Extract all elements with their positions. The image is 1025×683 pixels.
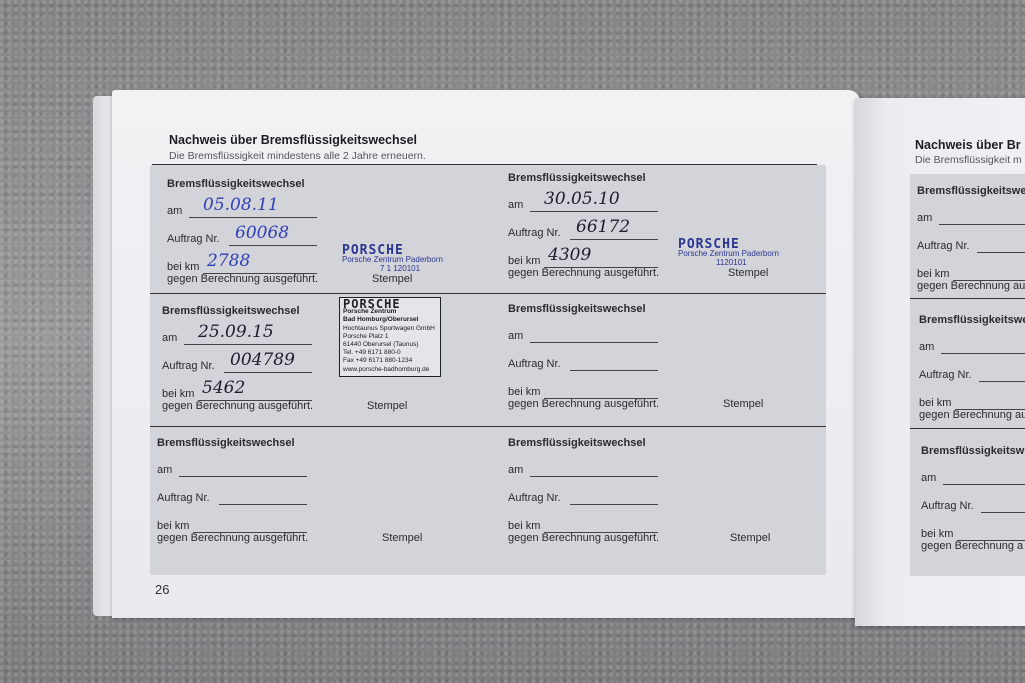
km-value: 4309 [548, 245, 591, 265]
km-field[interactable] [955, 409, 1025, 410]
footer-text: gegen Berechnung au [917, 280, 1025, 292]
stempel-label: Stempel [367, 400, 407, 412]
auftrag-label: Auftrag Nr. [508, 227, 561, 239]
stempel-label: Stempel [723, 398, 763, 410]
footer-text: gegen Berechnung ausgeführt. [162, 400, 313, 412]
auftrag-value: 60068 [235, 223, 289, 243]
service-entry: BremsflüssigkeitswechselamAuftrag Nr.bei… [162, 305, 482, 425]
stamp-line: Tel. +49 6171 880-0 [343, 349, 437, 357]
km-field[interactable] [953, 280, 1025, 281]
page-title: Nachweis über Bremsflüssigkeitswechsel [169, 133, 417, 147]
stamp-line: 1120101 [678, 258, 779, 267]
am-field[interactable] [530, 342, 658, 343]
am-label: am [162, 332, 177, 344]
am-field[interactable] [943, 484, 1025, 485]
divider [150, 426, 826, 427]
auftrag-field[interactable] [224, 372, 312, 373]
entry-heading: Bremsflüssigkeitswechsel [508, 172, 646, 184]
km-field[interactable] [544, 532, 658, 533]
km-field[interactable] [198, 400, 312, 401]
service-entry: BremsflüssigkeitsweamAuftrag Nr.bei kmge… [917, 185, 1025, 305]
stempel-label: Stempel [730, 532, 770, 544]
km-label: bei km [508, 386, 540, 398]
stamp-line: Fax +49 6171 880-1234 [343, 357, 437, 365]
footer-text: gegen Berechnung ausgeführt. [157, 532, 308, 544]
am-label: am [921, 472, 936, 484]
service-entry: BremsflüssigkeitswamAuftrag Nr.bei kmgeg… [921, 445, 1025, 565]
auftrag-label: Auftrag Nr. [919, 369, 972, 381]
km-label: bei km [167, 261, 199, 273]
page-number: 26 [155, 582, 169, 597]
am-label: am [508, 199, 523, 211]
entry-heading: Bremsflüssigkeitswechsel [157, 437, 295, 449]
auftrag-label: Auftrag Nr. [921, 500, 974, 512]
stempel-label: Stempel [382, 532, 422, 544]
service-entry: BremsflüssigkeitswechselamAuftrag Nr.bei… [508, 303, 828, 423]
auftrag-field[interactable] [977, 252, 1025, 253]
auftrag-field[interactable] [979, 381, 1025, 382]
porsche-logo: PORSCHE [342, 246, 443, 255]
auftrag-field[interactable] [570, 504, 658, 505]
km-label: bei km [917, 268, 949, 280]
am-label: am [508, 464, 523, 476]
page-subtitle: Die Bremsflüssigkeit m [915, 154, 1022, 166]
footer-text: gegen Berechnung ausgeführt. [508, 398, 659, 410]
km-field[interactable] [193, 532, 307, 533]
km-field[interactable] [544, 398, 658, 399]
stamp-line: Porsche Zentrum [343, 308, 437, 316]
auftrag-field[interactable] [570, 239, 658, 240]
stempel-label: Stempel [372, 273, 412, 285]
stamp-line: Porsche Zentrum Paderborn [678, 249, 779, 258]
km-label: bei km [919, 397, 951, 409]
stamp-line: Hochtaunus Sportwagen GmbH [343, 325, 437, 333]
entry-heading: Bremsflüssigkeitswechsel [508, 303, 646, 315]
auftrag-label: Auftrag Nr. [917, 240, 970, 252]
auftrag-field[interactable] [981, 512, 1025, 513]
am-field[interactable] [530, 476, 658, 477]
stamp-line: 61440 Oberursel (Taunus) [343, 341, 437, 349]
page-title: Nachweis über Br [915, 138, 1021, 152]
auftrag-label: Auftrag Nr. [157, 492, 210, 504]
left-page: Nachweis über Bremsflüssigkeitswechsel D… [112, 90, 860, 618]
am-label: am [917, 212, 932, 224]
am-label: am [919, 341, 934, 353]
am-field[interactable] [941, 353, 1025, 354]
km-field[interactable] [957, 540, 1025, 541]
am-label: am [157, 464, 172, 476]
dealer-stamp: PORSCHEPorsche ZentrumBad Homburg/Oberur… [339, 297, 441, 377]
km-field[interactable] [203, 273, 317, 274]
dealer-stamp: PORSCHEPorsche Zentrum Paderborn7 1 1201… [342, 246, 443, 273]
footer-text: gegen Berechnung a [921, 540, 1023, 552]
am-field[interactable] [189, 217, 317, 218]
auftrag-label: Auftrag Nr. [508, 358, 561, 370]
km-label: bei km [508, 520, 540, 532]
service-entry: BremsflüssigkeitswechselamAuftrag Nr.bei… [508, 437, 828, 557]
service-entry: BremsflüssigkeitsweamAuftrag Nr.bei kmge… [919, 314, 1025, 434]
service-entry: BremsflüssigkeitswechselamAuftrag Nr.bei… [508, 172, 828, 292]
km-label: bei km [157, 520, 189, 532]
stempel-label: Stempel [728, 267, 768, 279]
auftrag-label: Auftrag Nr. [167, 233, 220, 245]
auftrag-value: 004789 [230, 350, 295, 370]
auftrag-label: Auftrag Nr. [162, 360, 215, 372]
am-value: 05.08.11 [203, 195, 279, 215]
am-field[interactable] [530, 211, 658, 212]
page-subtitle: Die Bremsflüssigkeit mindestens alle 2 J… [169, 150, 426, 162]
km-value: 5462 [202, 378, 245, 398]
stamp-line: Porsche Platz 1 [343, 333, 437, 341]
entry-heading: Bremsflüssigkeitswechsel [508, 437, 646, 449]
stamp-line: Bad Homburg/Oberursel [343, 316, 437, 324]
stamp-line: www.porsche-badhomburg.de [343, 366, 437, 374]
porsche-logo: PORSCHE [343, 300, 437, 308]
am-value: 30.05.10 [544, 189, 620, 209]
entry-heading: Bremsflüssigkeitswechsel [167, 178, 305, 190]
footer-text: gegen Berechnung ausgeführt. [167, 273, 318, 285]
footer-text: gegen Berechnung ausgeführt. [508, 532, 659, 544]
entry-heading: Bremsflüssigkeitswe [919, 314, 1025, 326]
auftrag-label: Auftrag Nr. [508, 492, 561, 504]
right-page: Nachweis über Br Die Bremsflüssigkeit m … [855, 98, 1025, 626]
dealer-stamp: PORSCHEPorsche Zentrum Paderborn1120101 [678, 240, 779, 267]
am-field[interactable] [939, 224, 1025, 225]
footer-text: gegen Berechnung au [919, 409, 1025, 421]
entry-heading: Bremsflüssigkeitsw [921, 445, 1024, 457]
entry-heading: Bremsflüssigkeitswe [917, 185, 1025, 197]
km-label: bei km [508, 255, 540, 267]
service-entry: BremsflüssigkeitswechselamAuftrag Nr.bei… [157, 437, 477, 557]
porsche-logo: PORSCHE [678, 240, 779, 249]
stamp-line: 7 1 120101 [342, 264, 443, 273]
am-field[interactable] [179, 476, 307, 477]
am-label: am [508, 330, 523, 342]
auftrag-field[interactable] [229, 245, 317, 246]
auftrag-value: 66172 [576, 217, 630, 237]
auftrag-field[interactable] [219, 504, 307, 505]
am-field[interactable] [184, 344, 312, 345]
stamp-line: Porsche Zentrum Paderborn [342, 255, 443, 264]
entry-heading: Bremsflüssigkeitswechsel [162, 305, 300, 317]
km-label: bei km [921, 528, 953, 540]
am-label: am [167, 205, 182, 217]
km-value: 2788 [207, 251, 250, 271]
km-label: bei km [162, 388, 194, 400]
am-value: 25.09.15 [198, 322, 274, 342]
service-entry: BremsflüssigkeitswechselamAuftrag Nr.bei… [167, 178, 487, 298]
km-field[interactable] [544, 267, 658, 268]
auftrag-field[interactable] [570, 370, 658, 371]
footer-text: gegen Berechnung ausgeführt. [508, 267, 659, 279]
